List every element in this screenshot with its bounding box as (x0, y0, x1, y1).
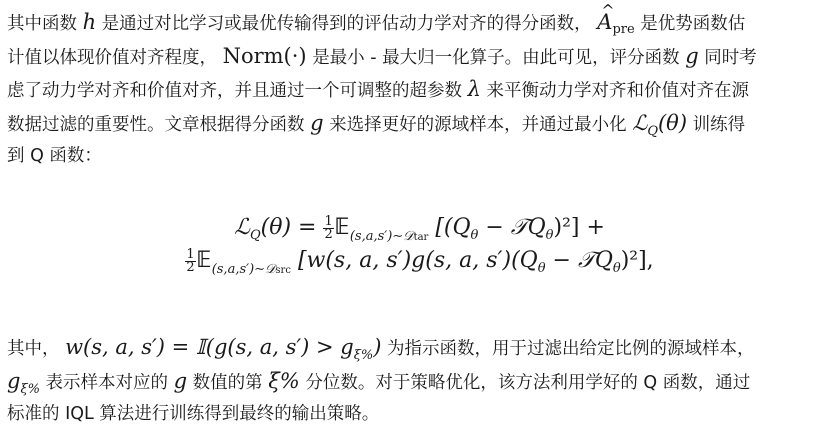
equation-line-1: ℒQ(θ) = 12𝔼(s,a,s′)∼𝒟tar [(Qθ − 𝒯Qθ)²] + (0, 215, 839, 244)
text: 来平衡动力学对齐和价值对齐在源 (486, 81, 749, 101)
text-line-4: 数据过滤的重要性。文章根据得分函数 g 来选择更好的源域样本，并通过最小化 ℒQ… (7, 107, 757, 141)
math-expectation: 𝔼 (335, 215, 350, 240)
math-subscript: θ (546, 228, 554, 243)
fraction-half: 12 (323, 216, 333, 241)
math-subscript: ξ% (20, 382, 40, 397)
text: 训练得 (693, 115, 746, 135)
text-line-3: 虑了动力学对齐和价值对齐，并且通过一个可调整的超参数 λ 来平衡动力学对齐和价值… (7, 73, 757, 107)
math-subscript: ξ% (354, 348, 374, 363)
text: 分位数。对于策略优化，该方法利用学好的 Q 函数，通过 (305, 373, 750, 393)
math-var-h: h (83, 10, 97, 34)
text-line-2: 计值以体现价值对齐程度， Norm(·) 是最小 - 最大归一化算子。由此可见，… (7, 40, 757, 74)
math-subscript: pre (612, 22, 634, 37)
math-var-xi-percent: ξ% (268, 369, 300, 393)
text: 表示样本对应的 (46, 373, 169, 393)
text: 来选择更好的源域样本，并通过最小化 (329, 115, 627, 135)
text: 是最小 - 最大归一化算子。由此可见，评分函数 (312, 48, 679, 68)
text: 数值的第 (193, 373, 263, 393)
math-loss: ℒ (632, 111, 647, 135)
math-norm-operator: Norm(·) (223, 44, 307, 68)
text: 为指示函数，用于过滤出给定比例的源域样本， (387, 339, 755, 359)
paragraph-intro: 其中函数 h 是通过对比学习或最优传输得到的评估动力学对齐的得分函数， Apre… (7, 6, 757, 174)
math-var-g: g (174, 369, 187, 393)
math-subscript: θ (613, 261, 621, 276)
text-line-3: 标准的 IQL 算法进行训练得到最终的输出策略。 (7, 398, 755, 432)
subscript-label: src (275, 265, 291, 276)
expectation-subscript: (s,a,s′)∼𝒟tar (350, 229, 429, 244)
text-line-2: gξ% 表示样本对应的 g 数值的第 ξ% 分位数。对于策略优化，该方法利用学好… (7, 365, 755, 399)
paragraph-explanation: 其中， w(s, a, s′) = 𝕀(g(s, a, s′) > gξ%) 为… (7, 331, 755, 432)
fraction-half: 12 (185, 249, 195, 274)
text: 标准的 IQL 算法进行训练得到最终的输出策略。 (7, 404, 379, 424)
math-lhs-arg: (θ) = (261, 215, 324, 240)
math-subscript: Q (647, 124, 658, 139)
math-body: [w(s, a, s′)g(s, a, s′)(Q (298, 248, 538, 273)
math-body: [(Q (435, 215, 470, 240)
subscript-text: (s,a,s′)∼𝒟 (212, 262, 276, 277)
math-expectation: 𝔼 (197, 248, 212, 273)
math-loss: ℒ (234, 215, 250, 240)
math-indicator-formula: w(s, a, s′) = 𝕀(g(s, a, s′) > g (65, 335, 354, 359)
text: 计值以体现价值对齐程度， (7, 48, 217, 68)
math-paren: ) (373, 335, 381, 359)
math-var-g: g (310, 111, 323, 135)
math-subscript: Q (250, 228, 261, 243)
math-tail: )²], (621, 248, 654, 273)
equation-line-2: 12𝔼(s,a,s′)∼𝒟src [w(s, a, s′)g(s, a, s′)… (0, 248, 839, 277)
text: 到 Q 函数： (7, 146, 102, 166)
math-var-g: g (7, 369, 20, 393)
text: 同时考 (704, 48, 757, 68)
denominator: 2 (185, 262, 195, 274)
math-var-lambda: λ (468, 77, 481, 101)
math-body: − 𝒯Q (478, 215, 545, 240)
text: 数据过滤的重要性。文章根据得分函数 (7, 115, 305, 135)
text-line-5: 到 Q 函数： (7, 140, 757, 174)
math-tail: )²] + (554, 215, 605, 240)
math-subscript: θ (538, 261, 546, 276)
text-line-1: 其中， w(s, a, s′) = 𝕀(g(s, a, s′) > gξ%) 为… (7, 331, 755, 365)
text: 是优势函数估 (640, 14, 745, 34)
denominator: 2 (323, 229, 333, 241)
math-arg: (θ) (658, 111, 687, 135)
math-var-a-hat: A (597, 6, 612, 40)
text-line-1: 其中函数 h 是通过对比学习或最优传输得到的评估动力学对齐的得分函数， Apre… (7, 6, 757, 40)
text: 其中函数 (7, 14, 77, 34)
expectation-subscript: (s,a,s′)∼𝒟src (212, 262, 291, 277)
subscript-label: tar (414, 232, 429, 243)
math-body: − 𝒯Q (546, 248, 613, 273)
text: 虑了动力学对齐和价值对齐，并且通过一个可调整的超参数 (7, 81, 462, 101)
text: 其中， (7, 339, 60, 359)
text: 是通过对比学习或最优传输得到的评估动力学对齐的得分函数， (102, 14, 592, 34)
math-var-g: g (685, 44, 698, 68)
subscript-text: (s,a,s′)∼𝒟 (350, 229, 414, 244)
